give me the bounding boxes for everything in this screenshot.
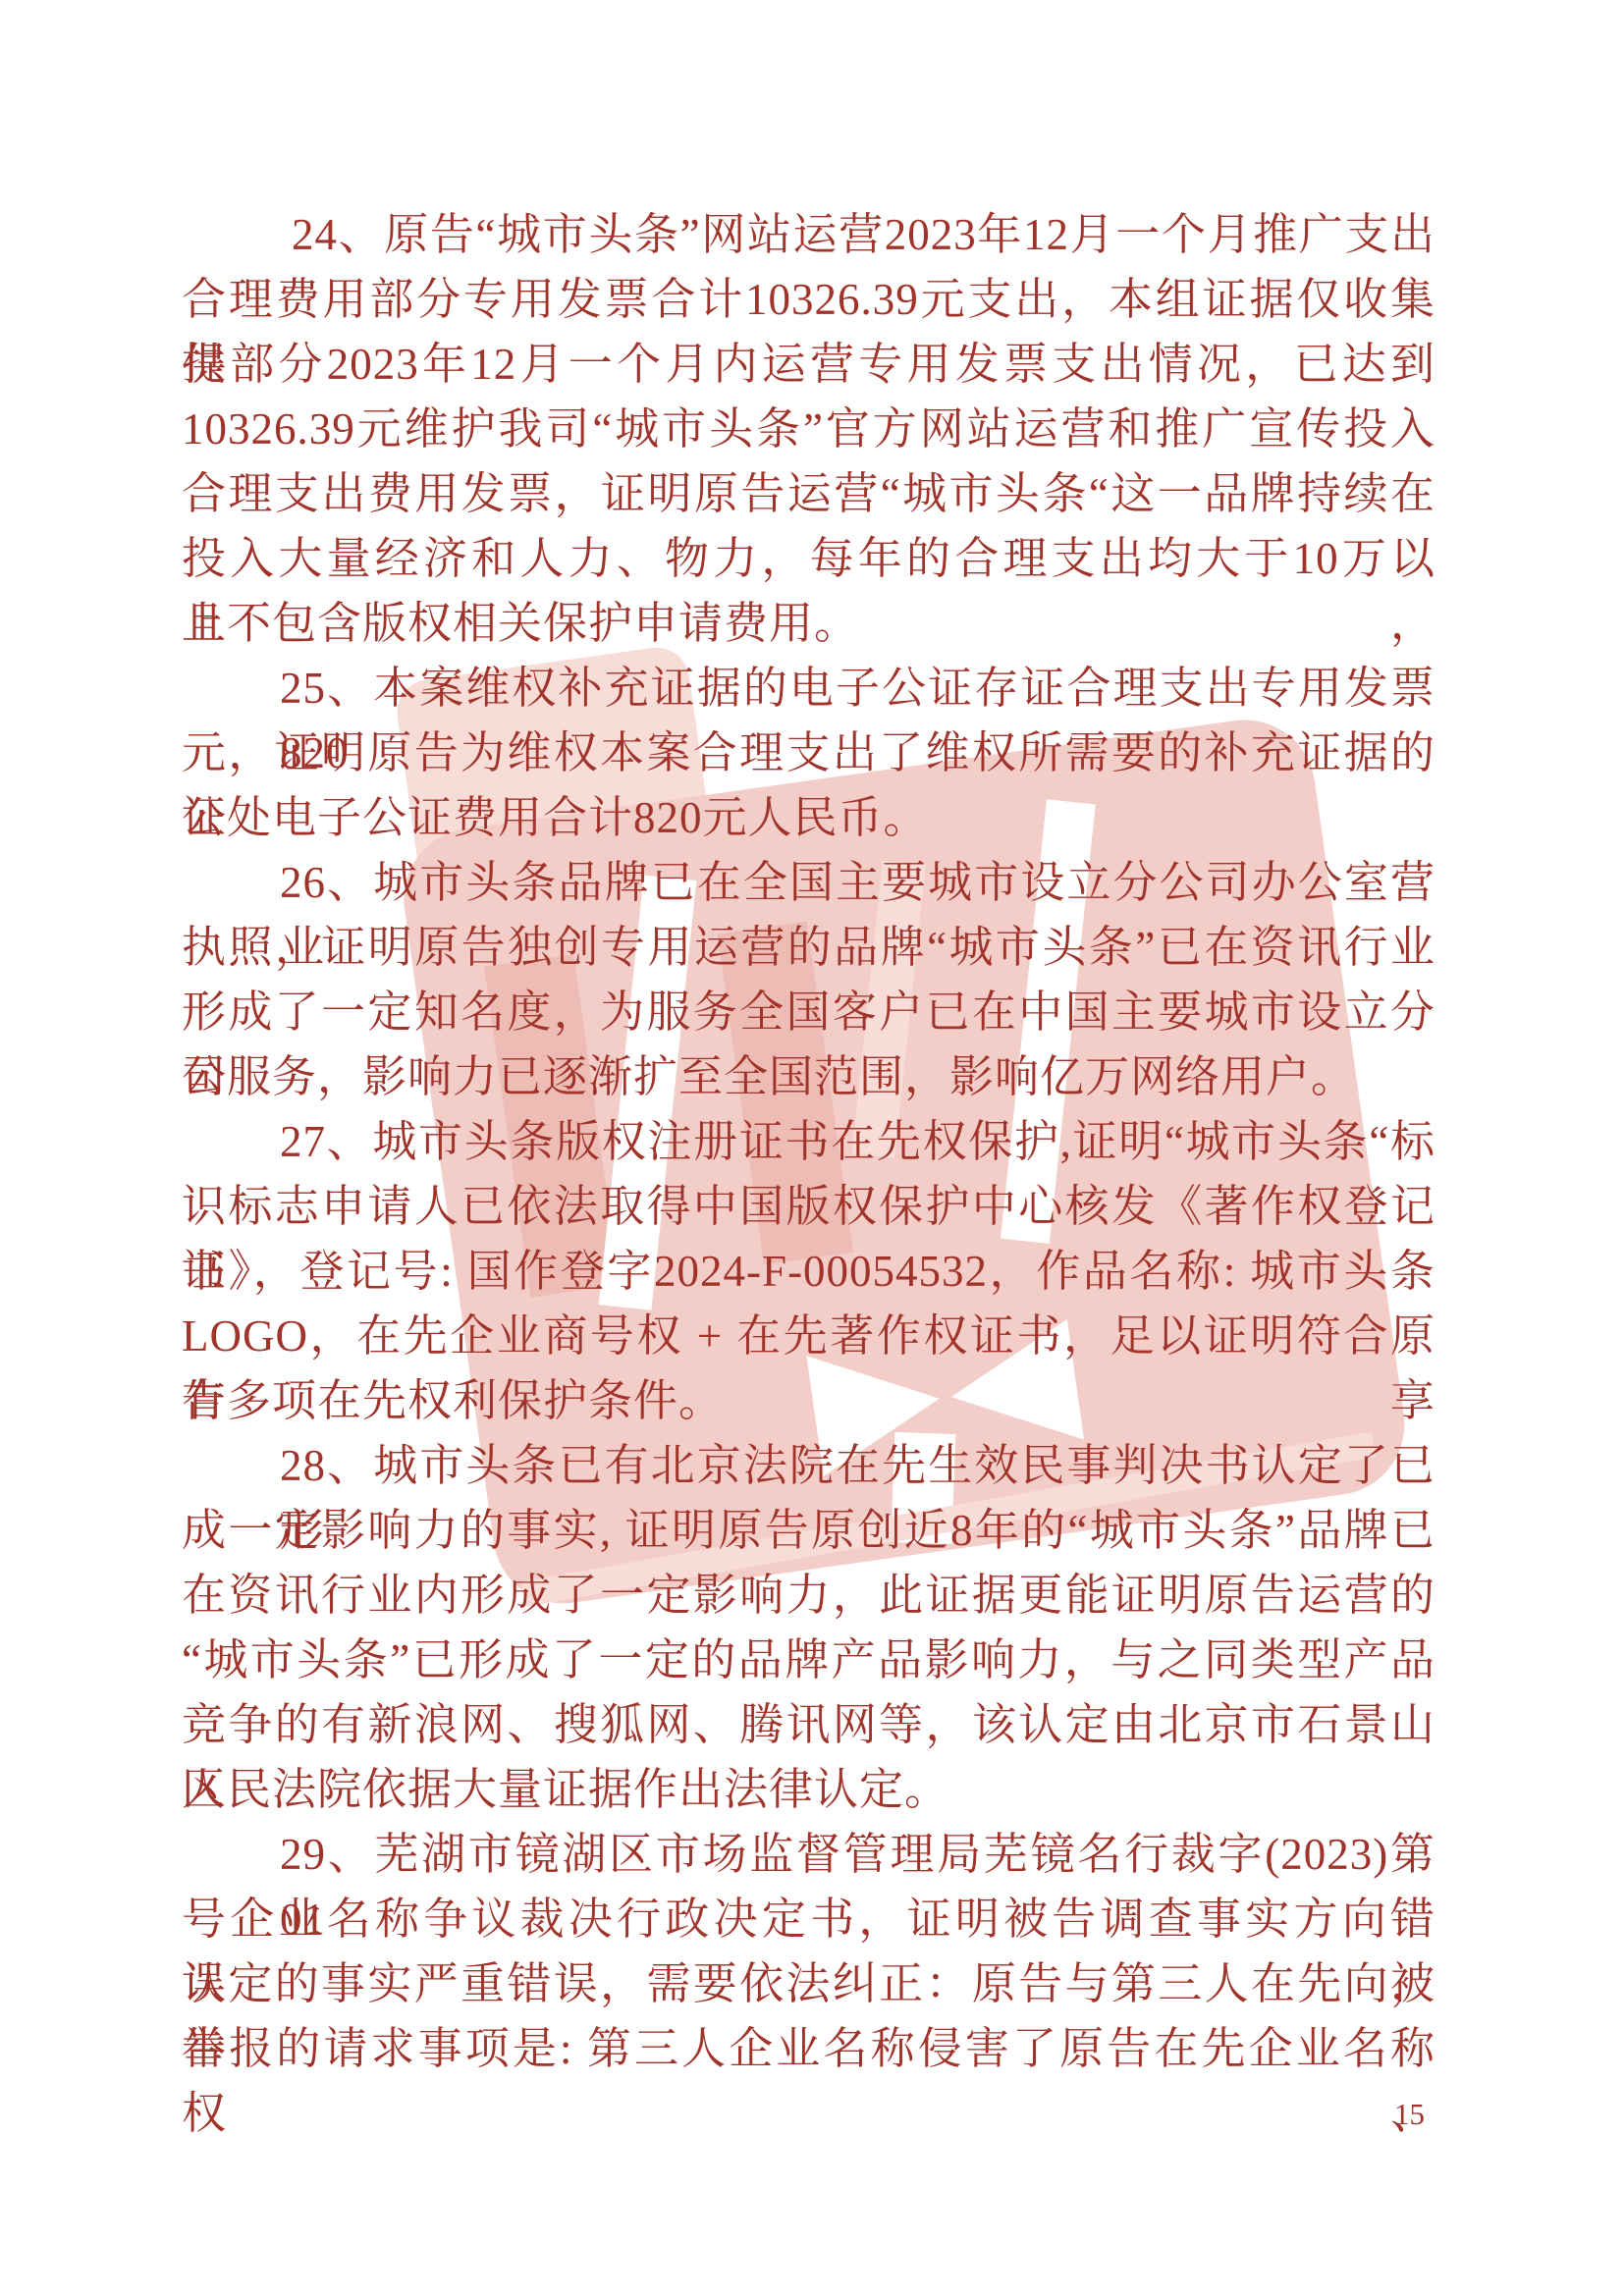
text-line: 识标志申请人已依法取得中国版权保护中心核发《著作权登记证 [182,1174,1435,1239]
text-line: 元，证明原告为维权本案合理支出了维权所需要的补充证据的公 [182,721,1435,785]
text-line: 27、城市头条版权注册证书在先权保护,证明“城市头条“标 [182,1109,1435,1174]
text-line: 10326.39元维护我司“城市头条”官方网站运营和推广宣传投入 [182,397,1435,461]
text-line: 书》，登记号: 国作登字2024-F-00054532，作品名称: 城市头条 [182,1239,1435,1304]
text-line: 合理费用部分专用发票合计10326.39元支出，本组证据仅收集提 [182,267,1435,332]
text-line: 证处电子公证费用合计820元人民币。 [182,785,1435,850]
text-line: 形成了一定知名度，为服务全国客户已在中国主要城市设立分公 [182,980,1435,1044]
text-line: 举报的请求事项是: 第三人企业名称侵害了原告在先企业名称权、 [182,2016,1435,2081]
text-line: 执照，证明原告独创专用运营的品牌“城市头条”已在资讯行业 [182,915,1435,980]
page-number: 15 [1394,2097,1425,2132]
text-line: 人民法院依据大量证据作出法律认定。 [182,1757,1435,1822]
text-line: 26、城市头条品牌已在全国主要城市设立分公司办公室营业 [182,850,1435,915]
text-line: 司服务，影响力已逐渐扩至全国范围，影响亿万网络用户。 [182,1044,1435,1109]
text-line: 认定的事实严重错误，需要依法纠正：原告与第三人在先向被告 [182,1951,1435,2016]
text-line: 29、芜湖市镜湖区市场监督管理局芜镜名行裁字(2023)第01 [182,1822,1435,1887]
text-line: 28、城市头条已有北京法院在先生效民事判决书认定了已形 [182,1433,1435,1498]
text-line: 竞争的有新浪网、搜狐网、腾讯网等，该认定由北京市石景山区 [182,1692,1435,1757]
text-line: 成一定影响力的事实, 证明原告原创近8年的“城市头条”品牌已 [182,1498,1435,1563]
text-line: 合理支出费用发票，证明原告运营“城市头条“这一品牌持续在 [182,461,1435,526]
text-line: 投入大量经济和人力、物力，每年的合理支出均大于10万以上， [182,526,1435,591]
text-line: “城市头条”已形成了一定的品牌产品影响力，与之同类型产品 [182,1628,1435,1692]
text-line: 号企业名称争议裁决行政决定书，证明被告调查事实方向错误， [182,1887,1435,1951]
text-line: 在资讯行业内形成了一定影响力，此证据更能证明原告运营的 [182,1563,1435,1628]
document-page: 24、原告“城市头条”网站运营2023年12月一个月推广支出合理费用部分专用发票… [0,0,1624,2296]
text-line: 24、原告“城市头条”网站运营2023年12月一个月推广支出 [182,202,1435,267]
text-line: 供部分2023年12月一个月内运营专用发票支出情况，已达到 [182,332,1435,397]
text-line: 25、本案维权补充证据的电子公证存证合理支出专用发票820 [182,656,1435,721]
text-line: LOGO，在先企业商号权 + 在先著作权证书，足以证明符合原告享 [182,1304,1435,1368]
document-text: 24、原告“城市头条”网站运营2023年12月一个月推广支出合理费用部分专用发票… [182,202,1435,2081]
